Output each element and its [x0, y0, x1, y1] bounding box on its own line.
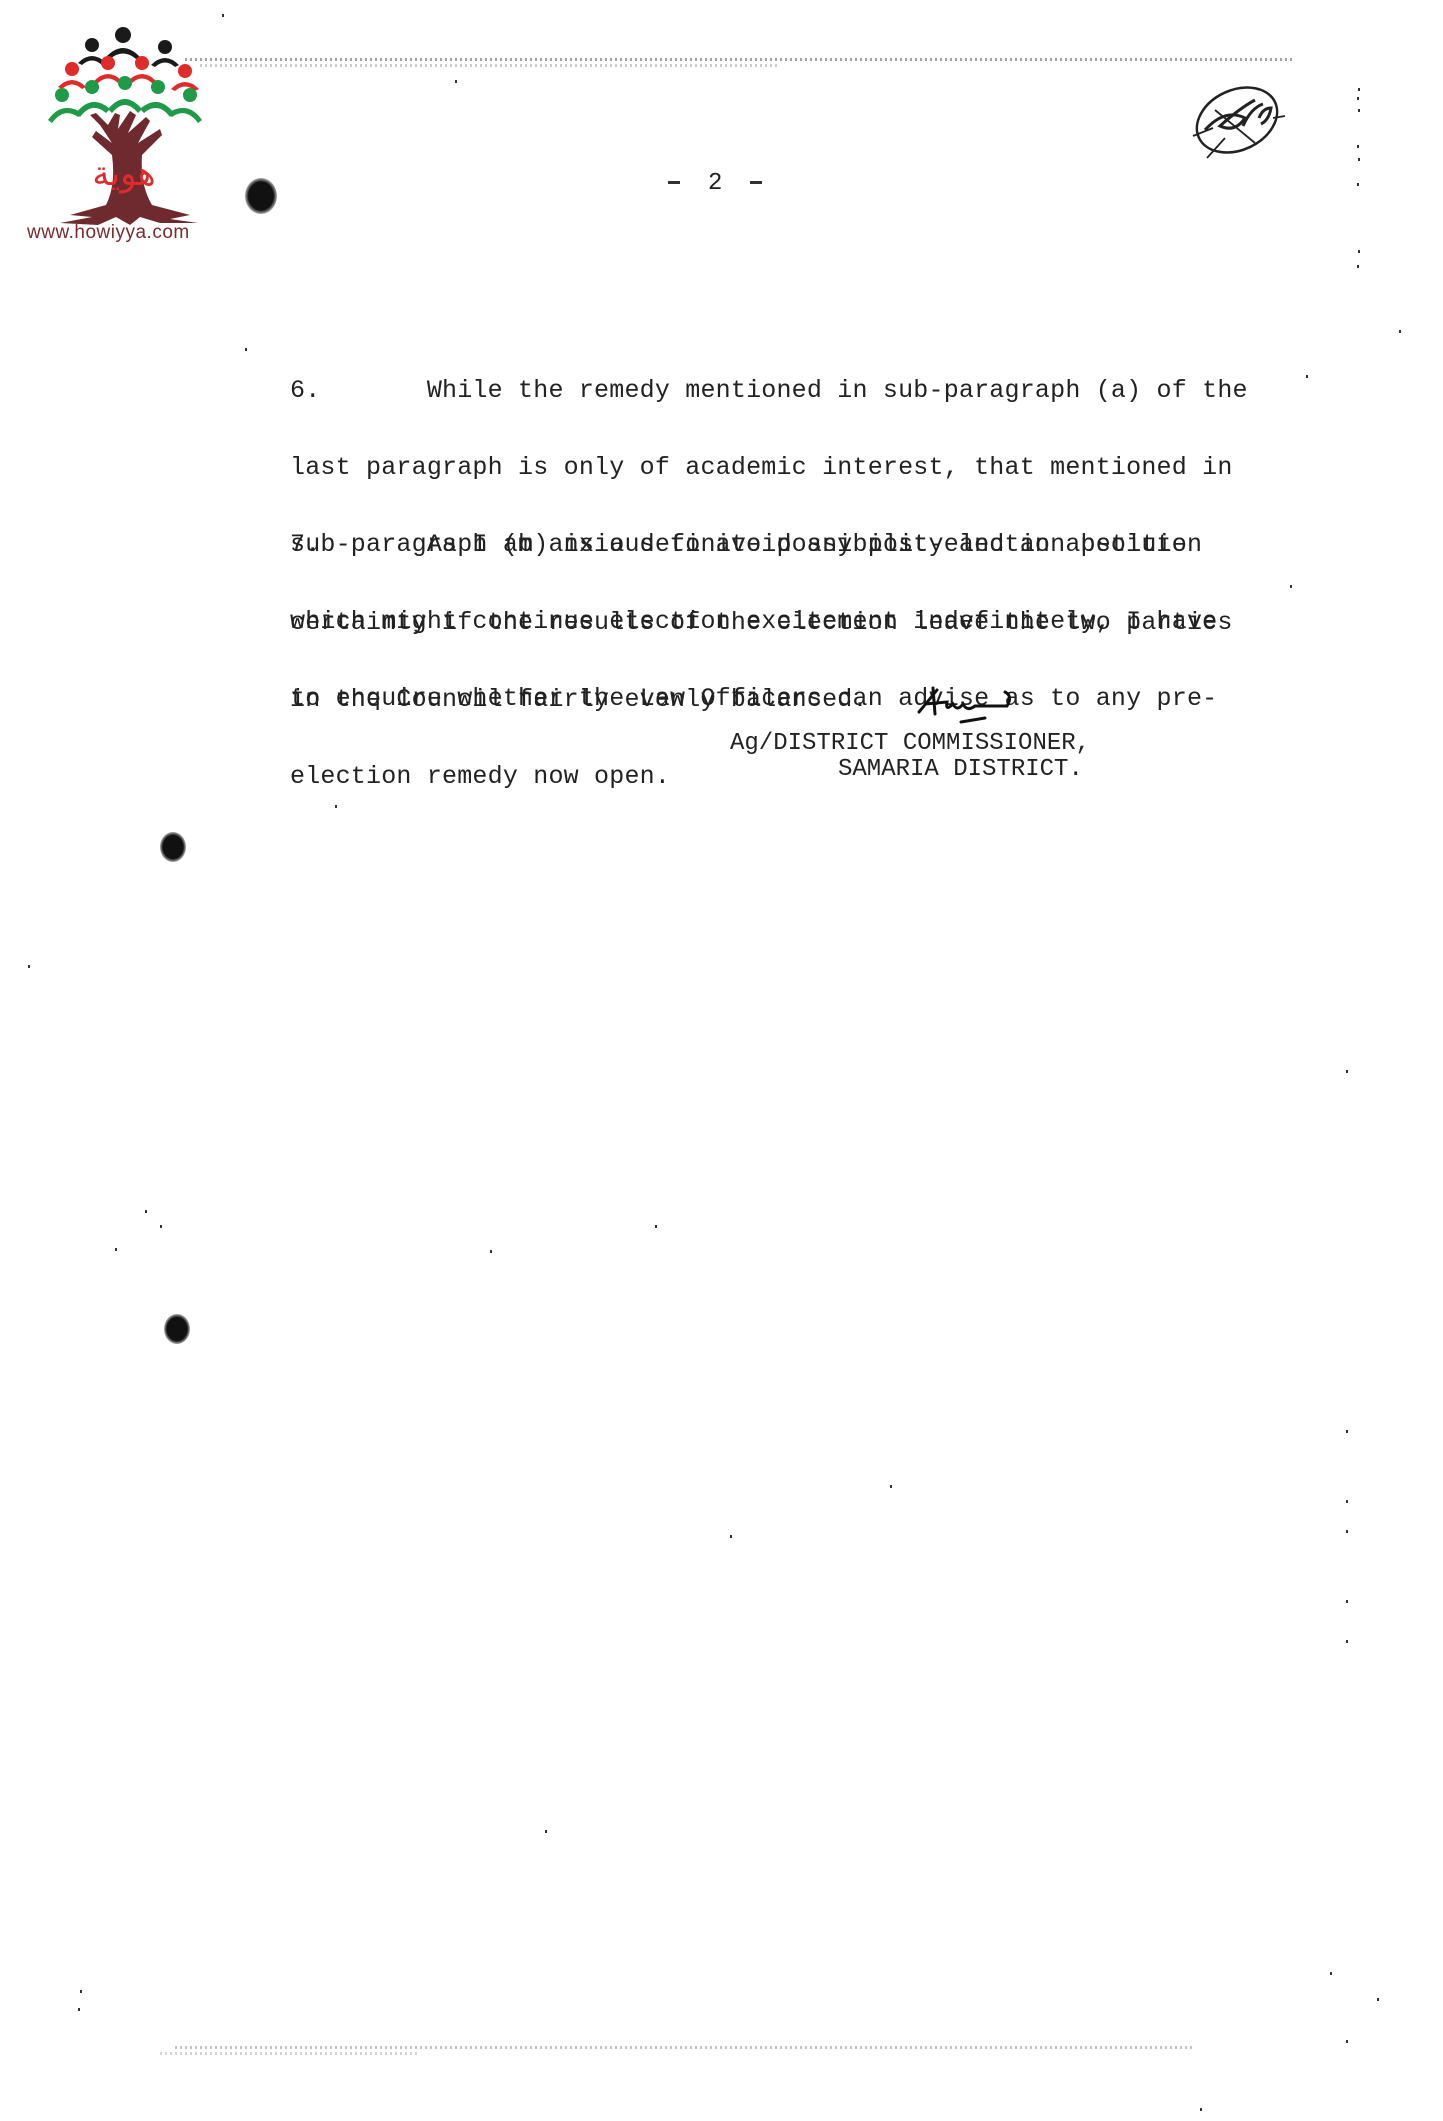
hole-punch-middle: [160, 832, 186, 862]
scan-artifact-top-2: [200, 64, 780, 67]
scan-speck: [1346, 1500, 1348, 1503]
scan-artifact-top: [185, 58, 1295, 61]
scan-speck: [1346, 1600, 1348, 1603]
scan-speck: [1358, 88, 1360, 91]
scan-artifact-bottom: [175, 2046, 1195, 2049]
scan-speck: [222, 14, 224, 17]
scan-speck: [1330, 1972, 1332, 1975]
dash-left: [668, 181, 680, 184]
scan-speck: [1346, 1430, 1348, 1433]
paragraph-line: 6. While the remedy mentioned in sub-par…: [290, 378, 1248, 404]
paragraph-line: which might continue election excitement…: [290, 609, 1217, 635]
document-page: هوية www.howiyya.com 2 6. While the reme…: [0, 0, 1443, 2121]
scan-speck: [890, 1485, 892, 1488]
signature-district: SAMARIA DISTRICT.: [838, 756, 1083, 783]
svg-text:هوية: هوية: [92, 154, 155, 194]
scan-speck: [1306, 375, 1308, 378]
stamp-initials-icon: [1185, 78, 1295, 168]
scan-speck: [455, 80, 457, 83]
scan-speck: [245, 348, 247, 351]
scan-speck: [28, 965, 30, 968]
scan-speck: [1346, 1070, 1348, 1073]
scan-speck: [115, 1248, 117, 1251]
scan-speck: [335, 805, 337, 808]
scan-speck: [1358, 109, 1360, 112]
scan-speck: [1357, 145, 1359, 148]
scan-speck: [490, 1250, 492, 1253]
scan-speck: [1346, 1640, 1348, 1643]
scan-speck: [1357, 97, 1359, 100]
scan-speck: [78, 2008, 80, 2011]
paragraph-line: last paragraph is only of academic inter…: [290, 455, 1248, 481]
scan-speck: [1346, 1530, 1348, 1533]
scan-speck: [80, 1990, 82, 1993]
page-number: 2: [640, 170, 790, 197]
scan-speck: [1358, 250, 1360, 253]
scan-speck: [1357, 265, 1359, 268]
scan-speck: [1290, 585, 1292, 588]
scan-speck: [1346, 2040, 1348, 2043]
scan-speck: [545, 1830, 547, 1833]
page-number-value: 2: [708, 170, 722, 197]
scan-artifact-bottom-2: [160, 2052, 420, 2055]
watermark-url: www.howiyya.com: [27, 222, 190, 244]
hole-punch-lower: [164, 1314, 190, 1344]
dash-right: [750, 181, 762, 184]
paragraph-7: 7. As I am anxious to avoid any post-ele…: [290, 480, 1217, 841]
paragraph-line: to enquire whether the Law Officers can …: [290, 686, 1217, 712]
scan-speck: [1357, 183, 1359, 186]
scan-speck: [1399, 330, 1401, 333]
scan-speck: [145, 1210, 147, 1213]
scan-speck: [655, 1225, 657, 1228]
scan-speck: [730, 1535, 732, 1538]
handwritten-signature-icon: [915, 682, 1025, 727]
hole-punch-top: [245, 178, 277, 214]
paragraph-line: 7. As I am anxious to avoid any post-ele…: [290, 532, 1217, 558]
scan-speck: [1200, 2108, 1202, 2111]
scan-speck: [1377, 1998, 1379, 2001]
signature-title: Ag/DISTRICT COMMISSIONER,: [730, 730, 1090, 757]
scan-speck: [1358, 158, 1360, 161]
scan-speck: [338, 620, 340, 623]
scan-speck: [160, 1225, 162, 1228]
